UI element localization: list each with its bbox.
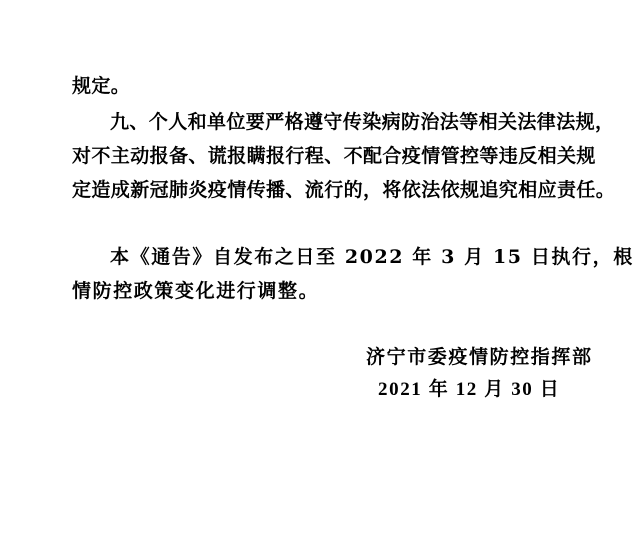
- paragraph-9-line-3: 定造成新冠肺炎疫情传播、流行的，将依法依规追究相应责任。: [72, 178, 615, 202]
- paragraph-9-line-2: 对不主动报备、谎报瞒报行程、不配合疫情管控等违反相关规: [72, 144, 596, 168]
- paragraph-9-line-1: 九、个人和单位要严格遵守传染病防治法等相关法律法规，: [110, 110, 614, 134]
- signature-date: 2021 年 12 月 30 日: [378, 378, 560, 402]
- notice-effective-line-1: 本《通告》自发布之日至 2022 年 3 月 15 日执行，根据疫: [110, 245, 633, 269]
- notice-effective-line-2: 情防控政策变化进行调整。: [72, 279, 319, 303]
- signature-organization: 济宁市委疫情防控指挥部: [366, 345, 593, 369]
- document-page: 规定。 九、个人和单位要严格遵守传染病防治法等相关法律法规， 对不主动报备、谎报…: [0, 0, 633, 534]
- paragraph-8-tail: 规定。: [72, 74, 130, 98]
